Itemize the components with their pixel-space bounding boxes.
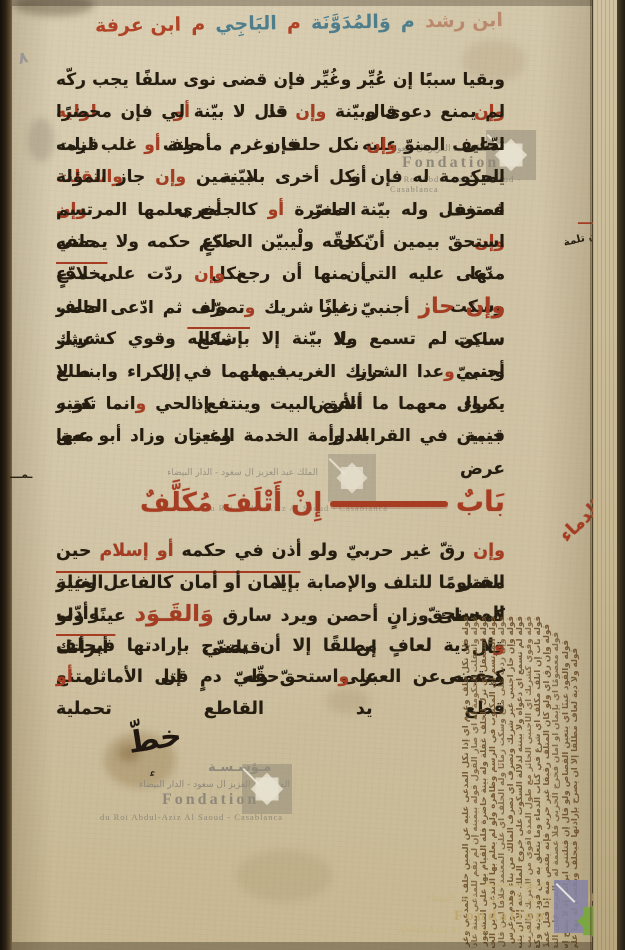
text-segment: أو: [144, 135, 160, 155]
text-segment: فيحلف: [56, 636, 115, 656]
header-sigla-segment: م: [191, 13, 205, 35]
text-segment: مدّعى عليه التي منها أن رجع: [225, 264, 505, 284]
header-sigla-segment: ابن عرفة: [95, 14, 181, 37]
text-segment: وإن: [295, 102, 326, 122]
text-segment: سنين لم تسمع ولا بيّنة إلا: [250, 329, 505, 349]
manuscript-line: كحجبه عن العبر واستحقّ وليّ دمٍ قتل الأم…: [56, 662, 505, 694]
header-sigla-segment: م: [287, 12, 301, 34]
manuscript-line: استغفل وله بيّنة حاضرة أو كالجمع يعلمها …: [56, 194, 505, 226]
manuscript-line: ولا دية لعافٍ مطلقًا إلا أن يصرّح بإرادت…: [56, 631, 505, 663]
text-segment: أو إسلام: [99, 541, 173, 561]
top-shadow: [12, 0, 592, 6]
manuscript-line: مدّعى عليه التي منها أن رجع وإن ردّت على…: [56, 258, 505, 290]
watermark-org-arabic: مـؤسـسـة: [484, 876, 547, 891]
text-segment: كالجمع يعلمها المرتسم: [56, 200, 268, 220]
manuscript-scan: الملك عبد العزيز آل سعود - الدار البيضاء…: [0, 0, 625, 950]
text-segment: و: [444, 362, 455, 382]
header-sigla-line: ابن رشدموَالمُدَوَّنَةمالبَاجِيمابن عرفة: [95, 9, 503, 51]
manuscript-line: معصومًا للتلف والإصابة بإيمان أو أمان كا…: [56, 568, 505, 600]
text-segment: وإن: [473, 541, 505, 561]
header-sigla-segment: م: [401, 10, 415, 32]
manuscript-line: وبنى وعدا الشريك الغريب معهما في الكراء …: [56, 356, 505, 388]
text-segment: الحكومة له فإن نكل أخرى بلا يمين: [186, 167, 505, 187]
text-segment: قطع يد القاطع تحملية: [56, 699, 505, 719]
stain: [236, 850, 332, 902]
text-segment: بإشكاله: [187, 329, 249, 349]
manuscript-line: جنبين في القرابة وأمة الخدمة المعتان وزا…: [56, 420, 505, 452]
edge-shadow: [617, 0, 625, 950]
header-sigla-segment: ابن رشد: [425, 9, 503, 32]
manuscript-line: كمخطئ وزانٍ أحصن ويرد سارق وَالقَـوَد عي…: [56, 599, 505, 631]
text-segment: معصومًا للتلف والإصابة: [300, 573, 505, 593]
text-segment: استحقّ وليّ دمٍ قتل الأماثل: [73, 667, 339, 687]
manuscript-line: تحليف المنوّ وإن نكل حلف وغرم مأمونة أو …: [56, 129, 505, 161]
heading-title: إِنْ أَتْلَفَ مُكَلَّفٌ: [140, 488, 322, 518]
text-segment: وبقيا سببًا إن عُيِّر وغُيِّر فإن قضى نو…: [56, 70, 505, 90]
manuscript-line: الحكومة له فإن نكل أخرى بلا يمين وإن جاز…: [56, 161, 505, 193]
main-text-block: وبقيا سببًا إن عُيِّر وغُيِّر فإن قضى نو…: [56, 64, 505, 453]
foundation-star-logo-icon: [242, 764, 292, 814]
text-segment: رقّ غير حربيّ ولو أذن في حكمه: [174, 541, 474, 561]
watermark-subtitle-text: Abdul-Aziz Al Saoud - Casablanca: [398, 926, 548, 936]
watermark-fondation-text: Fondation: [454, 908, 547, 925]
manuscript-line: يصول معهما ما أنفق البيت وينتفع الحي وان…: [56, 388, 505, 420]
manuscript-line: سنين لم تسمع ولا بيّنة إلا بإشكاله وقوي …: [56, 323, 505, 355]
header-sigla-segment: البَاجِي: [215, 12, 277, 35]
bottom-shadow: [12, 942, 592, 950]
text-segment: تحليف المنوّ: [397, 135, 505, 155]
text-segment: استغفل وله بيّنة حاضرة: [284, 200, 505, 220]
text-segment: أو: [56, 667, 73, 687]
fore-edge: [593, 0, 618, 950]
main-text-block-after: وإن رقّ غير حربيّ ولو أذن في حكمه أو إسل…: [56, 536, 505, 694]
manuscript-line: استحقّ بيمين أنّ حقّه ولْيبيّن الحاكم حك…: [56, 226, 505, 258]
quire-mark: ـمـــ: [10, 468, 32, 481]
manuscript-line: وإن رقّ غير حربيّ ولو أذن في حكمه أو إسل…: [56, 536, 505, 568]
watermark-gray-3: مـؤسـسـة الملك عبد العزيز آل سعود - الدا…: [100, 760, 300, 820]
text-segment: و: [136, 394, 147, 414]
text-segment: بإيمان أو أمان: [180, 573, 301, 593]
text-segment: و: [245, 298, 256, 318]
manuscript-line: وبقيا سببًا إن عُيِّر وغُيِّر فإن قضى نو…: [56, 64, 505, 96]
text-segment: يصول معهما ما أنفق البيت وينتفع الحي: [146, 394, 505, 414]
text-segment: لم يمنع دعوى وبيّنة: [326, 102, 505, 122]
chapter-heading: بَابٌ إِنْ أَتْلَفَ مُكَلَّفٌ: [140, 478, 505, 524]
manuscript-line: وإن حاز أجنبيّ غير شريك وتصرّف ثم ادّعى …: [56, 291, 505, 323]
header-sigla-segment: وَالمُدَوَّنَة: [311, 11, 391, 34]
text-segment: وإن: [155, 167, 186, 187]
text-segment: أو: [268, 200, 284, 220]
smudge: [28, 118, 54, 162]
text-segment: أجنبيّ غير شريك: [255, 298, 418, 318]
text-segment: وإن حاز: [419, 294, 505, 319]
heading-red-rule: [330, 501, 448, 507]
text-segment: لا دية لعافٍ مطلقًا إلا أن يصرّح بإرادته…: [115, 636, 494, 656]
watermark-arabic-line: الملك عبد العزيز آل سعود - الدار البيضاء: [168, 468, 318, 478]
text-segment: وإن: [366, 135, 397, 155]
text-segment: نكل حلف وغرم مأمونة: [161, 135, 367, 155]
text-segment: وبنى: [455, 362, 505, 382]
heading-bab-word: بَابٌ: [456, 485, 505, 518]
text-segment: وإن: [194, 264, 225, 284]
text-segment: و: [339, 667, 350, 687]
manuscript-line: لم يمنع دعوى وبيّنة وإن قال لا بيّنة لي …: [56, 96, 505, 128]
text-segment: وَالقَـوَد: [135, 601, 214, 627]
